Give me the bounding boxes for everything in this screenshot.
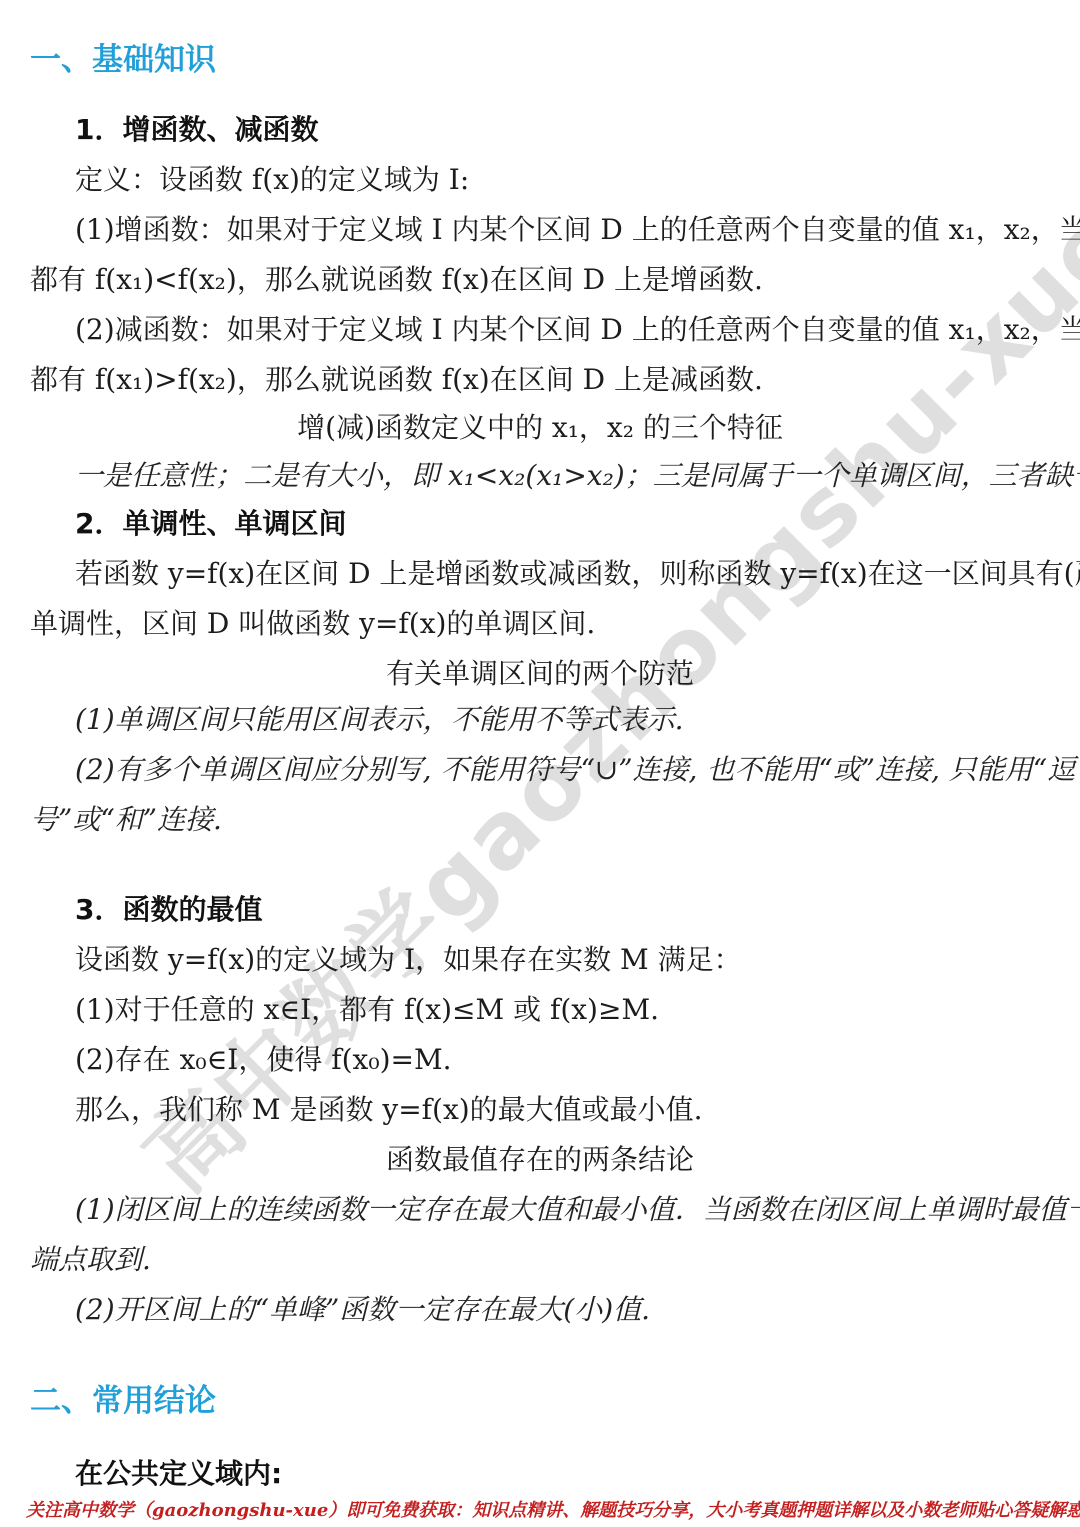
increasing-def-line2: 都有 f(x₁)<f(x₂)，那么就说函数 f(x)在区间 D 上是增函数. bbox=[30, 262, 1050, 298]
extrema-rule-1-line2: 端点取到. bbox=[30, 1242, 1050, 1278]
common-domain-intro: 在公共定义域内: bbox=[30, 1456, 1080, 1492]
interval-caution-2-line2: 号”或“和”连接. bbox=[30, 802, 1050, 838]
extrema-rules-title: 函数最值存在的两条结论 bbox=[30, 1142, 1050, 1178]
extrema-conclusion: 那么，我们称 M 是函数 y=f(x)的最大值或最小值. bbox=[30, 1092, 1080, 1128]
interval-caution-1: (1)单调区间只能用区间表示，不能用不等式表示. bbox=[30, 702, 1080, 738]
extrema-cond-2: (2)存在 x₀∈I，使得 f(x₀)=M. bbox=[30, 1042, 1080, 1078]
interval-caution-2-line1: (2)有多个单调区间应分别写, 不能用符号“∪”连接, 也不能用“或”连接, 只… bbox=[30, 752, 1080, 788]
three-features-note: 一是任意性；二是有大小，即 x₁<x₂(x₁>x₂)；三是同属于一个单调区间，三… bbox=[30, 458, 1080, 494]
extrema-rule-1-line1: (1)闭区间上的连续函数一定存在最大值和最小值．当函数在闭区间上单调时最值一定在 bbox=[30, 1192, 1080, 1228]
monotonicity-line1: 若函数 y=f(x)在区间 D 上是增函数或减函数，则称函数 y=f(x)在这一… bbox=[30, 556, 1080, 592]
section-heading-conclusions: 二、常用结论 bbox=[30, 1383, 1050, 1419]
decreasing-def-line1: (2)减函数：如果对于定义域 I 内某个区间 D 上的任意两个自变量的值 x₁，… bbox=[30, 312, 1080, 348]
subsection-title-monotonicity: 2．单调性、单调区间 bbox=[30, 506, 1080, 542]
promo-footer: 关注高中数学（gaozhongshu-xue）即可免费获取：知识点精讲、解题技巧… bbox=[26, 1496, 1066, 1522]
subsection-title-extrema: 3．函数的最值 bbox=[30, 892, 1080, 928]
extrema-rule-2: (2)开区间上的“单峰”函数一定存在最大(小)值. bbox=[30, 1292, 1080, 1328]
interval-cautions-title: 有关单调区间的两个防范 bbox=[30, 656, 1050, 692]
subsection-title-inc-dec: 1．增函数、减函数 bbox=[30, 112, 1080, 148]
three-features-title: 增(减)函数定义中的 x₁，x₂ 的三个特征 bbox=[30, 410, 1050, 446]
increasing-def-line1: (1)增函数：如果对于定义域 I 内某个区间 D 上的任意两个自变量的值 x₁，… bbox=[30, 212, 1080, 248]
section-heading-basics: 一、基础知识 bbox=[30, 42, 1050, 78]
extrema-intro: 设函数 y=f(x)的定义域为 I，如果存在实数 M 满足： bbox=[30, 942, 1080, 978]
definition-line: 定义：设函数 f(x)的定义域为 I: bbox=[30, 162, 1080, 198]
document-page: 高中数学gaozhongshu-xue 一、基础知识 1．增函数、减函数 定义：… bbox=[0, 0, 1080, 1527]
monotonicity-line2: 单调性，区间 D 叫做函数 y=f(x)的单调区间. bbox=[30, 606, 1050, 642]
extrema-cond-1: (1)对于任意的 x∈I，都有 f(x)≤M 或 f(x)≥M. bbox=[30, 992, 1080, 1028]
decreasing-def-line2: 都有 f(x₁)>f(x₂)，那么就说函数 f(x)在区间 D 上是减函数. bbox=[30, 362, 1050, 398]
